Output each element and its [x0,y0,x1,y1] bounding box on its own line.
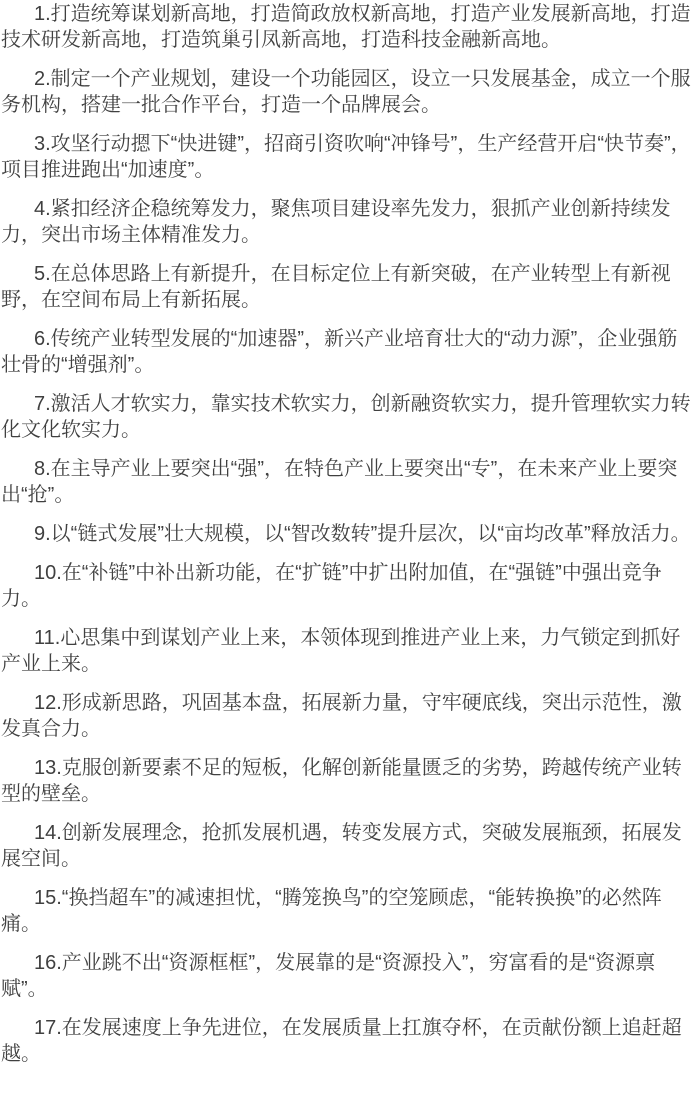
paragraph-item-17: 17.在发展速度上争先进位，在发展质量上扛旗夺杯，在贡献份额上追赶超越。 [1,1015,692,1067]
paragraph-item-8: 8.在主导产业上要突出“强”，在特色产业上要突出“专”，在未来产业上要突出“抢”… [1,456,692,508]
paragraph-item-5: 5.在总体思路上有新提升，在目标定位上有新突破，在产业转型上有新视野，在空间布局… [1,261,692,313]
paragraph-item-14: 14.创新发展理念，抢抓发展机遇，转变发展方式，突破发展瓶颈，拓展发展空间。 [1,820,692,872]
paragraph-item-10: 10.在“补链”中补出新功能，在“扩链”中扩出附加值，在“强链”中强出竞争力。 [1,560,692,612]
paragraph-item-15: 15.“换挡超车”的减速担忧，“腾笼换鸟”的空笼顾虑，“能转换换”的必然阵痛。 [1,885,692,937]
document-page: 1.打造统筹谋划新高地，打造简政放权新高地，打造产业发展新高地，打造技术研发新高… [0,0,693,1097]
paragraph-item-9: 9.以“链式发展”壮大规模，以“智改数转”提升层次，以“亩均改革”释放活力。 [1,521,692,547]
paragraph-item-12: 12.形成新思路，巩固基本盘，拓展新力量，守牢硬底线，突出示范性，激发真合力。 [1,690,692,742]
paragraph-item-13: 13.克服创新要素不足的短板，化解创新能量匮乏的劣势，跨越传统产业转型的壁垒。 [1,755,692,807]
paragraph-item-3: 3.攻坚行动摁下“快进键”，招商引资吹响“冲锋号”，生产经营开启“快节奏”，项目… [1,131,692,183]
paragraph-list: 1.打造统筹谋划新高地，打造简政放权新高地，打造产业发展新高地，打造技术研发新高… [1,1,692,1067]
paragraph-item-1: 1.打造统筹谋划新高地，打造简政放权新高地，打造产业发展新高地，打造技术研发新高… [1,1,692,53]
paragraph-item-11: 11.心思集中到谋划产业上来，本领体现到推进产业上来，力气锁定到抓好产业上来。 [1,625,692,677]
paragraph-item-7: 7.激活人才软实力，靠实技术软实力，创新融资软实力，提升管理软实力转化文化软实力… [1,391,692,443]
paragraph-item-4: 4.紧扣经济企稳统筹发力，聚焦项目建设率先发力，狠抓产业创新持续发力，突出市场主… [1,196,692,248]
paragraph-item-6: 6.传统产业转型发展的“加速器”，新兴产业培育壮大的“动力源”，企业强筋壮骨的“… [1,326,692,378]
paragraph-item-2: 2.制定一个产业规划，建设一个功能园区，设立一只发展基金，成立一个服务机构，搭建… [1,66,692,118]
paragraph-item-16: 16.产业跳不出“资源框框”，发展靠的是“资源投入”，穷富看的是“资源禀赋”。 [1,950,692,1002]
